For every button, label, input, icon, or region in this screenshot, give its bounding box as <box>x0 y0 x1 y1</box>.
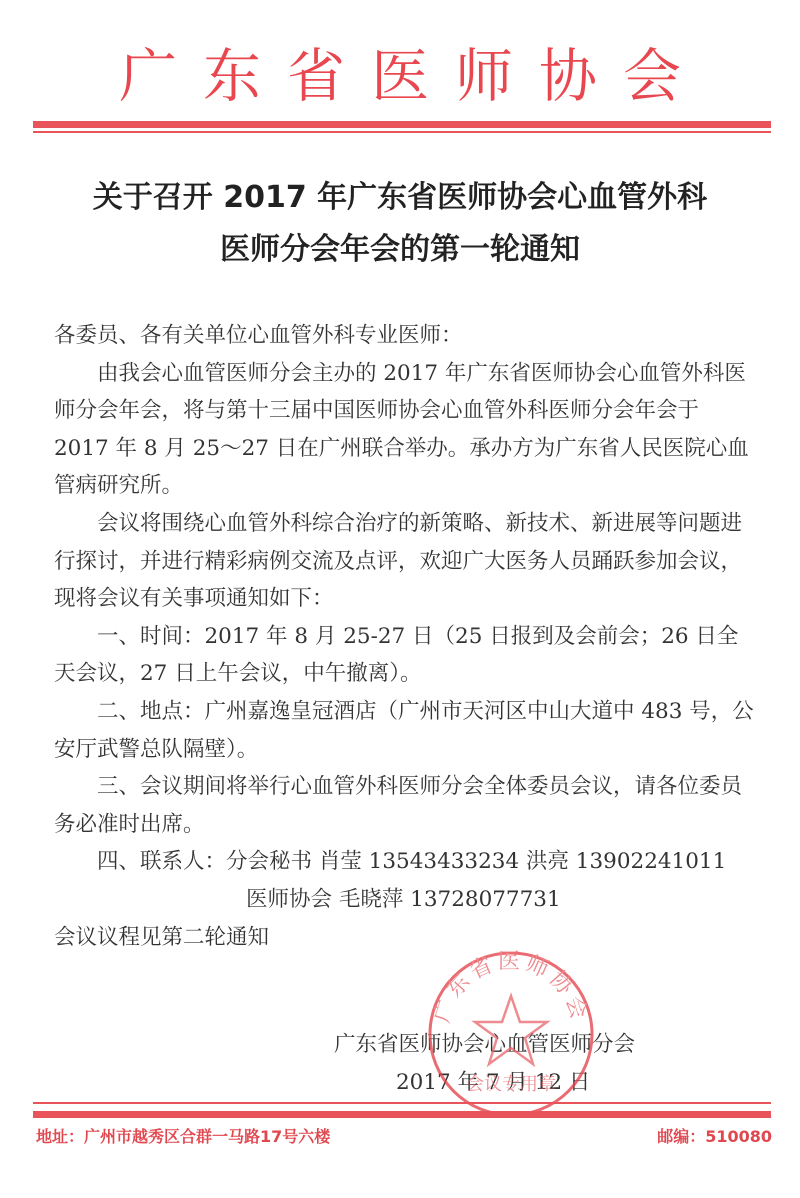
document-body: 各委员、各有关单位心血管外科专业医师： 由我会心血管医师分会主办的 2017 年… <box>54 317 754 956</box>
document-title: 关于召开 2017 年广东省医师协会心血管外科 医师分会年会的第一轮通知 <box>0 172 800 276</box>
footer-address: 地址：广州市越秀区合群一马路17号六楼 <box>36 1125 330 1149</box>
footer-rule-thick <box>33 1111 771 1118</box>
document-title-line2: 医师分会年会的第一轮通知 <box>0 224 800 276</box>
item-committee-meeting: 三、会议期间将举行心血管外科医师分会全体委员会议，请各位委员务必准时出席。 <box>54 768 754 843</box>
item-contacts-association: 医师协会 毛晓萍 13728077731 <box>54 881 754 919</box>
stamp-text-top: 广东省医师协会 <box>430 950 592 1026</box>
item-contacts: 四、联系人：分会秘书 肖莹 13543433234 洪亮 13902241011 <box>54 843 754 881</box>
item-location: 二、地点：广州嘉逸皇冠酒店（广州市天河区中山大道中 483 号，公安厅武警总队隔… <box>54 693 754 768</box>
letterhead-rule-thick <box>33 121 771 128</box>
svg-text:广东省医师协会: 广东省医师协会 <box>430 950 592 1026</box>
paragraph-intro: 由我会心血管医师分会主办的 2017 年广东省医师协会心血管外科医师分会年会，将… <box>54 355 754 505</box>
salutation: 各委员、各有关单位心血管外科专业医师： <box>54 317 754 355</box>
paragraph-topics: 会议将围绕心血管外科综合治疗的新策略、新技术、新进展等问题进行探讨，并进行精彩病… <box>54 505 754 618</box>
footer-postcode: 邮编：510080 <box>657 1125 772 1149</box>
document-title-line1: 关于召开 2017 年广东省医师协会心血管外科 <box>0 172 800 224</box>
letterhead-title: 广东省医师协会 <box>0 44 800 108</box>
letterhead-rule-thin <box>33 131 771 133</box>
signature-date: 2017 年 7 月 12 日 <box>396 1064 590 1102</box>
signature-organization: 广东省医师协会心血管医师分会 <box>334 1026 635 1064</box>
item-time: 一、时间：2017 年 8 月 25-27 日（25 日报到及会前会；26 日全… <box>54 618 754 693</box>
closing-note: 会议议程见第二轮通知 <box>54 919 754 957</box>
footer: 地址：广州市越秀区合群一马路17号六楼 邮编：510080 <box>36 1125 772 1149</box>
footer-rule-thin <box>33 1102 771 1104</box>
